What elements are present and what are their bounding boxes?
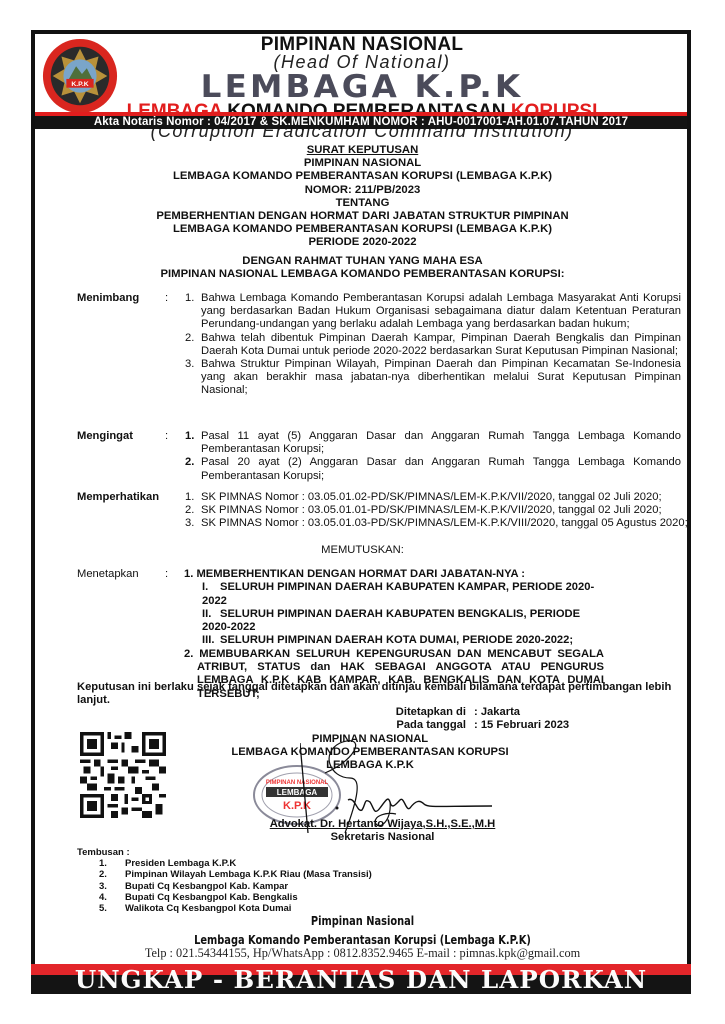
section-label: Menetapkan (77, 568, 139, 581)
sub-item: II.SELURUH PIMPINAN DAERAH KABUPATEN BEN… (184, 608, 604, 635)
document-heading: SURAT KEPUTUSAN PIMPINAN NASIONAL LEMBAG… (0, 144, 725, 250)
footer-contact: Telp : 021.54344155, Hp/WhatsApp : 0812.… (0, 946, 725, 961)
list-item: 2.Pasal 20 ayat (2) Anggaran Dasar dan A… (185, 456, 681, 482)
slogan-banner: UNGKAP - BERANTAS DAN LAPORKAN (31, 964, 691, 994)
authority: PIMPINAN NASIONAL LEMBAGA KOMANDO PEMBER… (0, 268, 725, 281)
section-colon: : (165, 430, 168, 443)
list-item: 1.Bahwa Lembaga Komando Pemberantasan Ko… (185, 292, 681, 332)
list-item: 1.Presiden Lembaga K.P.K (77, 858, 372, 869)
list-item: 1.Pasal 11 ayat (5) Anggaran Dasar dan A… (185, 430, 681, 456)
legal-registration-text: Akta Notaris Nomor : 04/2017 & SK.MENKUM… (35, 116, 687, 129)
section-label: Memperhatikan (77, 491, 159, 504)
closing-statement: Keputusan ini berlaku sejak tanggal dite… (77, 681, 685, 708)
section-colon: : (165, 292, 168, 305)
slogan-text: UNGKAP - BERANTAS DAN LAPORKAN (24, 966, 697, 994)
list-item: 2.Pimpinan Wilayah Lembaga K.P.K Riau (M… (77, 869, 372, 880)
menimbang-list: 1.Bahwa Lembaga Komando Pemberantasan Ko… (185, 292, 681, 398)
list-item: 3.SK PIMNAS Nomor : 03.05.01.03-PD/SK/PI… (185, 517, 705, 530)
sub-item: III.SELURUH PIMPINAN DAERAH KOTA DUMAI, … (184, 634, 604, 647)
carbon-copy-list: Tembusan : 1.Presiden Lembaga K.P.K 2.Pi… (77, 847, 372, 914)
decision-item-1: 1. MEMBERHENTIKAN DENGAN HORMAT DARI JAB… (184, 568, 604, 581)
list-item: 3.Bupati Cq Kesbangpol Kab. Kampar (77, 881, 372, 892)
place-date: Ditetapkan di: Jakarta Pada tanggal: 15 … (384, 706, 569, 733)
letterhead-brand: LEMBAGA K.P.K (0, 69, 725, 105)
signer-title: Sekretaris Nasional (40, 831, 725, 844)
list-item: 1.SK PIMNAS Nomor : 03.05.01.02-PD/SK/PI… (185, 491, 705, 504)
decree-number: NOMOR: 211/PB/2023 (0, 184, 725, 197)
cc-items: 1.Presiden Lembaga K.P.K 2.Pimpinan Wila… (77, 858, 372, 914)
org-name: LEMBAGA KOMANDO PEMBERANTASAN KORUPSI (L… (0, 170, 725, 183)
section-colon: : (165, 568, 168, 581)
subject-line-1: PEMBERHENTIAN DENGAN HORMAT DARI JABATAN… (0, 210, 725, 223)
subject-line-2: LEMBAGA KOMANDO PEMBERANTASAN KORUPSI (L… (0, 223, 725, 236)
doc-type: SURAT KEPUTUSAN (0, 144, 725, 157)
section-label: Menimbang (77, 292, 139, 305)
invocation-block: DENGAN RAHMAT TUHAN YANG MAHA ESA PIMPIN… (0, 255, 725, 281)
footer-organization: Pimpinan Nasional Lembaga Komando Pember… (65, 912, 660, 950)
list-item: 2.Bahwa telah dibentuk Pimpinan Daerah K… (185, 332, 681, 358)
memutuskan-heading: MEMUTUSKAN: (0, 544, 725, 556)
invocation: DENGAN RAHMAT TUHAN YANG MAHA ESA (0, 255, 725, 268)
cc-label: Tembusan : (77, 847, 372, 858)
signer-name: Advokat. Dr. Hertanto Wijaya,S.H.,S.E.,M… (40, 818, 725, 831)
issuer: PIMPINAN NASIONAL (0, 157, 725, 170)
sub-item: I.SELURUH PIMPINAN DAERAH KABUPATEN KAMP… (184, 581, 604, 608)
list-item: 4.Bupati Cq Kesbangpol Kab. Bengkalis (77, 892, 372, 903)
period: PERIODE 2020-2022 (0, 236, 725, 249)
qr-code (80, 728, 166, 822)
memperhatikan-list: 1.SK PIMNAS Nomor : 03.05.01.02-PD/SK/PI… (185, 491, 705, 531)
section-label: Mengingat (77, 430, 133, 443)
list-item: 2.SK PIMNAS Nomor : 03.05.01.01-PD/SK/PI… (185, 504, 705, 517)
letterhead-text: PIMPINAN NASIONAL (Head Of National) LEM… (0, 34, 725, 114)
list-item: 3.Bahwa Struktur Pimpinan Wilayah, Pimpi… (185, 358, 681, 398)
mengingat-list: 1.Pasal 11 ayat (5) Anggaran Dasar dan A… (185, 430, 681, 483)
legal-registration-bar: Akta Notaris Nomor : 04/2017 & SK.MENKUM… (35, 112, 687, 128)
signer: Advokat. Dr. Hertanto Wijaya,S.H.,S.E.,M… (0, 818, 725, 844)
about-label: TENTANG (0, 197, 725, 210)
